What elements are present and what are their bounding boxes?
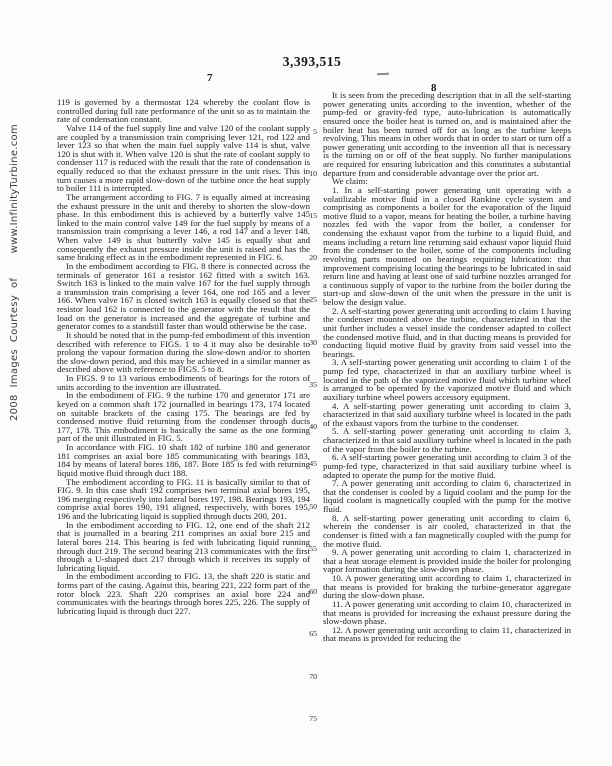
claim: 10. A power generating unit according to… — [323, 574, 571, 600]
paragraph: In the embodiment according to FIG. 12, … — [57, 521, 310, 573]
gutter-line-number: 45 — [309, 459, 317, 468]
paragraph: In the embodiment according to FIG. 13, … — [57, 572, 310, 615]
gutter-line-number: 25 — [309, 295, 317, 304]
left-column: 119 is governed by a thermostat 124 wher… — [57, 98, 310, 616]
watermark-text: 2008 Images Courtesy of www.InfinityTurb… — [9, 101, 20, 421]
claim: 6. A self-starting power generating unit… — [323, 453, 571, 479]
gutter-line-number: 75 — [309, 714, 317, 723]
gutter-line-number: 65 — [309, 629, 317, 638]
gutter-line-number: 5 — [313, 127, 317, 136]
gutter-line-number: 10 — [309, 169, 317, 178]
paragraph: In the embodiment of FIG. 9 the turbine … — [57, 391, 310, 443]
gutter-line-number: 30 — [309, 338, 317, 347]
gutter-line-number: 15 — [309, 211, 317, 220]
gutter-line-number: 55 — [309, 544, 317, 553]
claim: 8. A self-starting power generating unit… — [323, 514, 571, 549]
claim: 1. In a self-starting power generating u… — [323, 186, 571, 307]
claim: 12. A power generating unit according to… — [323, 626, 571, 643]
gutter-line-number: 50 — [309, 502, 317, 511]
column-number-left: 7 — [207, 72, 213, 84]
claim: 3. A self-starting power generating unit… — [323, 358, 571, 401]
paragraph: It should be noted that in the pump-fed … — [57, 331, 310, 374]
gutter-line-number: 20 — [309, 253, 317, 262]
paragraph: In FIGS. 9 to 13 various embodiments of … — [57, 374, 310, 391]
paragraph: The embodiment according to FIG. 11 is b… — [57, 478, 310, 521]
claim: 9. A power generating unit according to … — [323, 548, 571, 574]
paragraph: In the embodiment according to FIG. 8 th… — [57, 262, 310, 331]
claim: 2. A self-starting power generating unit… — [323, 307, 571, 359]
claim: 5. A self-starting power generating unit… — [323, 427, 571, 453]
paragraph: Valve 114 of the fuel supply line and va… — [57, 124, 310, 193]
claim: 4. A self-starting power generating unit… — [323, 402, 571, 428]
gutter-line-number: 70 — [309, 672, 317, 681]
gutter-line-number: 60 — [309, 587, 317, 596]
claim: 7. A power generating unit according to … — [323, 479, 571, 514]
paragraph: 119 is governed by a thermostat 124 wher… — [57, 98, 310, 124]
right-column: It is seen from the preceding descriptio… — [323, 91, 571, 643]
gutter-line-number: 35 — [309, 380, 317, 389]
paragraph: It is seen from the preceding descriptio… — [323, 91, 571, 177]
patent-page: 2008 Images Courtesy of www.InfinityTurb… — [0, 0, 612, 766]
claim: 11. A power generating unit according to… — [323, 600, 571, 626]
paragraph: In accordance with FIG. 10 shaft 182 of … — [57, 443, 310, 478]
gutter-line-number: 40 — [309, 422, 317, 431]
scan-artifact-mark — [377, 73, 389, 75]
paragraph: The arrangement according to FIG. 7 is e… — [57, 193, 310, 262]
